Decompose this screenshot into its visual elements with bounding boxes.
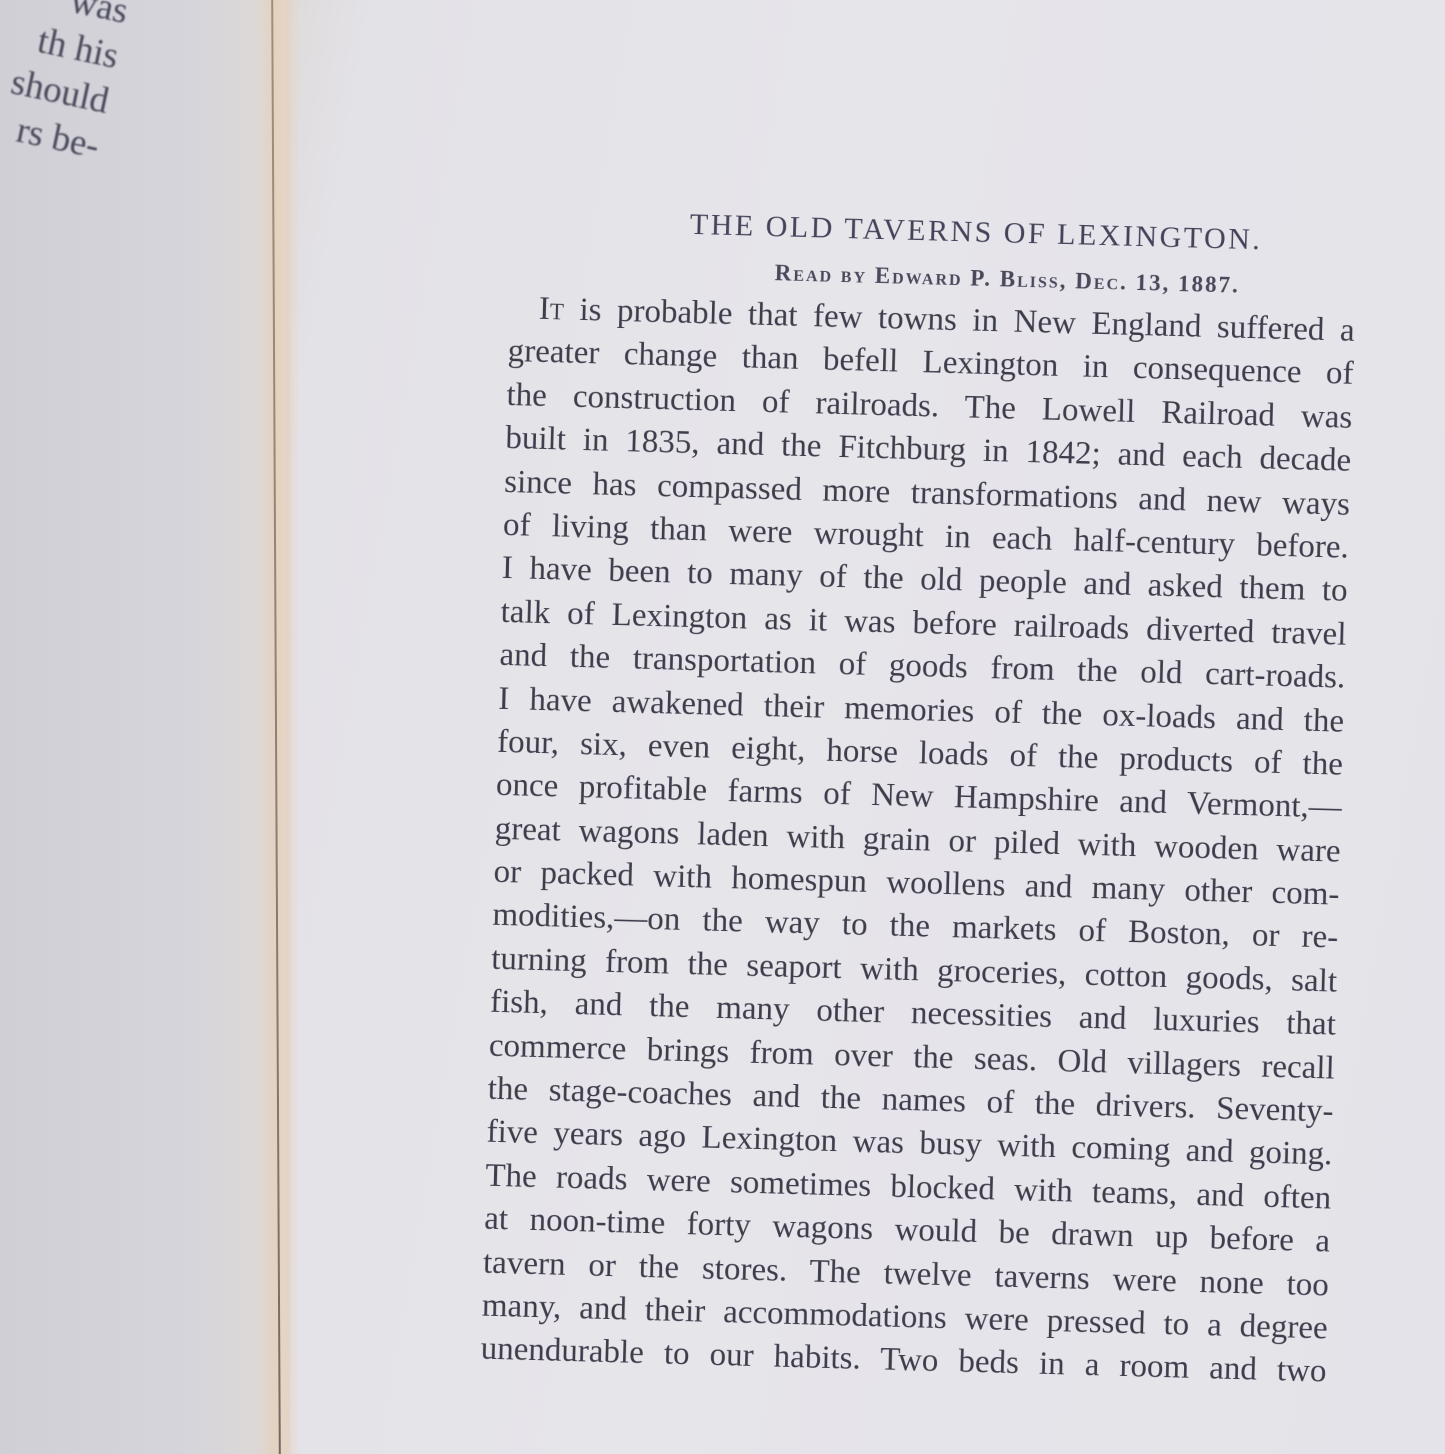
left-page-text-fragments: was th his should rs be- [0, 0, 132, 170]
drop-first-word: It [538, 291, 564, 328]
book-gutter [262, 0, 300, 1454]
article: THE OLD TAVERNS OF LEXINGTON. Read by Ed… [480, 195, 1382, 1395]
left-page: was th his should rs be- [0, 0, 276, 1454]
book-spread-photo: was th his should rs be- THE OLD TAVERNS… [0, 0, 1445, 1454]
